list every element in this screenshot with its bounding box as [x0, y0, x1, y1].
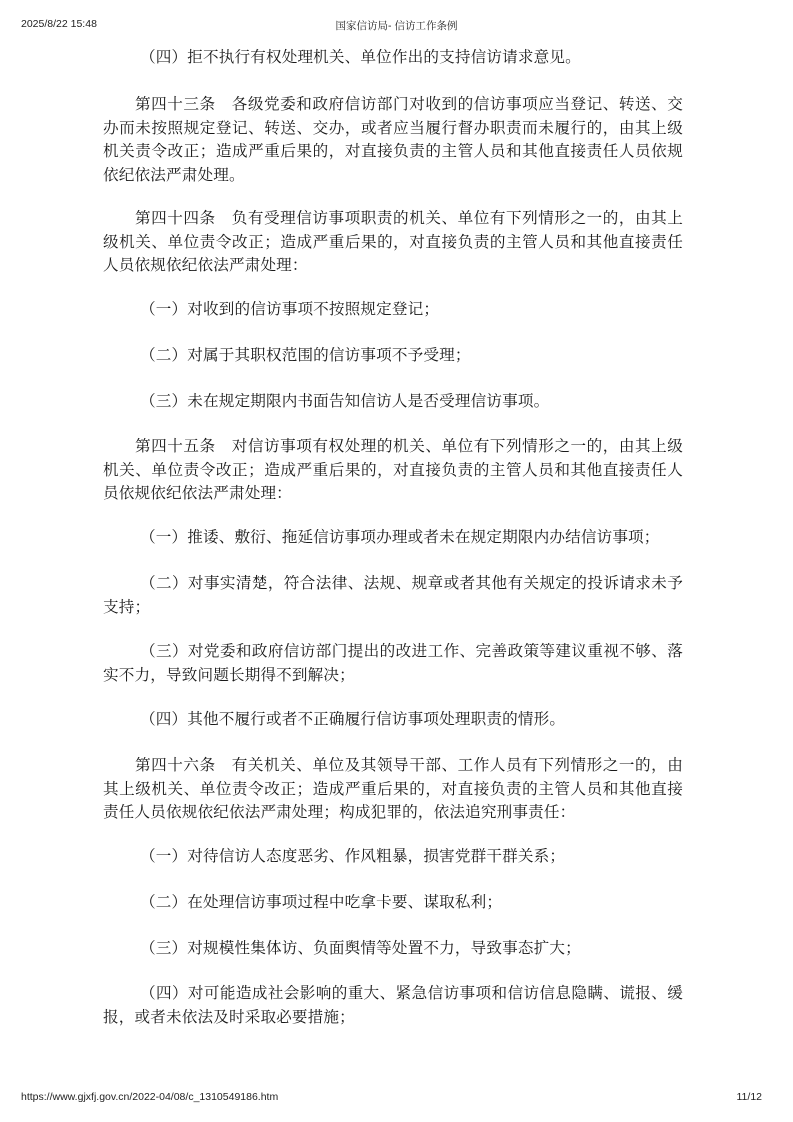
item-paragraph: （一）对待信访人态度恶劣、作风粗暴，损害党群干群关系； — [103, 845, 683, 869]
article-45-paragraph: 第四十五条 对信访事项有权处理的机关、单位有下列情形之一的，由其上级机关、单位责… — [103, 435, 683, 506]
page-title: 国家信访局- 信访工作条例 — [0, 18, 793, 33]
item-paragraph: （一）对收到的信访事项不按照规定登记； — [103, 298, 683, 322]
print-header: 2025/8/22 15:48 国家信访局- 信访工作条例 — [0, 18, 793, 34]
page-number: 11/12 — [737, 1091, 763, 1103]
item-paragraph: （二）对属于其职权范围的信访事项不予受理； — [103, 344, 683, 368]
source-url: https://www.gjxfj.gov.cn/2022-04/08/c_13… — [21, 1091, 278, 1103]
item-paragraph: （三）对党委和政府信访部门提出的改进工作、完善政策等建议重视不够、落实不力，导致… — [103, 640, 683, 687]
item-paragraph: （四）其他不履行或者不正确履行信访事项处理职责的情形。 — [103, 708, 683, 732]
article-43-paragraph: 第四十三条 各级党委和政府信访部门对收到的信访事项应当登记、转送、交办而未按照规… — [103, 93, 683, 187]
item-paragraph: （三）未在规定期限内书面告知信访人是否受理信访事项。 — [103, 390, 683, 414]
item-paragraph: （四）拒不执行有权处理机关、单位作出的支持信访请求意见。 — [103, 46, 683, 70]
print-footer: https://www.gjxfj.gov.cn/2022-04/08/c_13… — [0, 1091, 793, 1107]
item-paragraph: （三）对规模性集体访、负面舆情等处置不力，导致事态扩大； — [103, 937, 683, 961]
item-paragraph: （二）对事实清楚，符合法律、法规、规章或者其他有关规定的投诉请求未予支持； — [103, 572, 683, 619]
item-paragraph: （一）推诿、敷衍、拖延信访事项办理或者未在规定期限内办结信访事项； — [103, 526, 683, 550]
item-paragraph: （二）在处理信访事项过程中吃拿卡要、谋取私利； — [103, 891, 683, 915]
article-44-paragraph: 第四十四条 负有受理信访事项职责的机关、单位有下列情形之一的，由其上级机关、单位… — [103, 207, 683, 278]
article-46-paragraph: 第四十六条 有关机关、单位及其领导干部、工作人员有下列情形之一的，由其上级机关、… — [103, 754, 683, 825]
item-paragraph: （四）对可能造成社会影响的重大、紧急信访事项和信访信息隐瞒、谎报、缓报，或者未依… — [103, 982, 683, 1029]
